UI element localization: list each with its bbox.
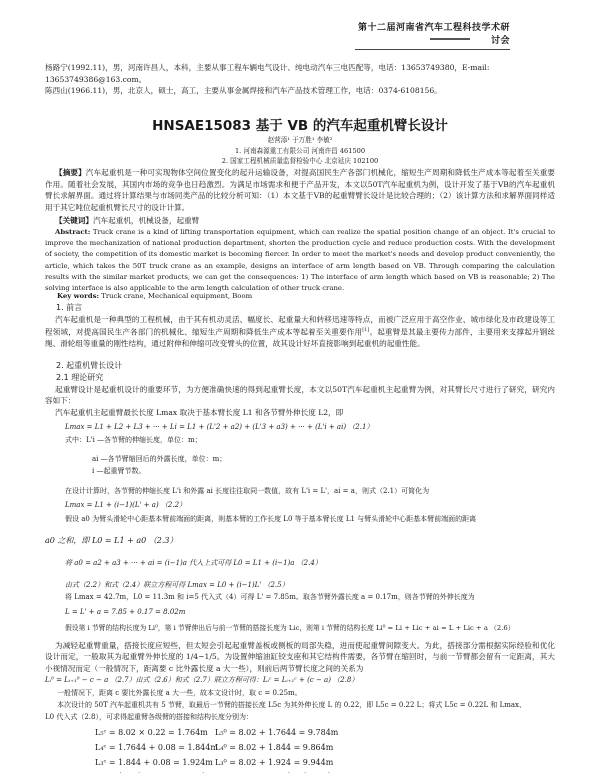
- paper-page: 第十二届河南省汽车工程科技学术研讨会 杨路宁(1992.11)，男，河南许昌人，…: [0, 0, 600, 773]
- author-bio-1: 杨路宁(1992.11)，男，河南许昌人，本科，主要从事工程车辆电气设计、纯电动…: [45, 62, 555, 74]
- equation-2-1: Lmax = L1 + L2 + L3 + ··· + Li = L1 + (L…: [65, 422, 373, 432]
- calc-right-3: L₃⁰ = 8.02 + 1.924 = 9.944m: [215, 758, 333, 767]
- calc-right-2: L₄⁰ = 8.02 + 1.844 = 9.864m: [215, 743, 333, 752]
- assume-text: 假设 a0 为臂头滑轮中心距基本臂前端面的距离，则基本臂的工作长度 L0 等于基…: [65, 514, 476, 524]
- where-label: 式中：L'i —各节臂的伸缩长度，单位：m；: [65, 435, 202, 445]
- conference-header: 第十二届河南省汽车工程科技学术研讨会: [355, 20, 510, 50]
- where-label-text: 式中：: [65, 436, 86, 444]
- section-1-heading: 1. 前言: [56, 302, 82, 313]
- header-divider: [430, 38, 470, 40]
- equation-2-4: 将 a0 = a2 + a3 + ··· + ai = (i−1)a 代入上式可…: [65, 558, 322, 568]
- where-def-1: L'i —各节臂的伸缩长度，单位：m；: [86, 436, 202, 444]
- keywords-en-label: Key words:: [57, 292, 99, 300]
- simplify-text: 在设计计算时，各节臂的伸缩长度 L'i 和外露 ai 长度往往取同一数值，故有 …: [65, 486, 429, 496]
- affiliation-1: 1. 河南森源重工有限公司 河南许昌 461500: [0, 145, 600, 155]
- abstract-cn-text: 汽车起重机是一种可实现物体空间位置变化的起升运输设备，对提高国民生产各部门机械化…: [45, 168, 555, 212]
- section-1-text: 汽车起重机是一种典型的工程机械，由于其有机动灵活、幅度长、起重量大和转移迅速等特…: [45, 314, 555, 350]
- calc-left-1: L₅ᶜ = 8.02 × 0.22 = 1.764m: [95, 728, 208, 737]
- author-bios: 杨路宁(1992.11)，男，河南许昌人，本科，主要从事工程车辆电气设计、纯电动…: [45, 62, 555, 97]
- where-def-3: i —起重臂节数。: [92, 466, 145, 476]
- paper-title: HNSAE15083 基于 VB 的汽车起重机臂长设计: [0, 114, 600, 134]
- equation-2-2: Lmax = L1 + (i−1)(L' + a) （2.2）: [65, 500, 186, 510]
- design-text: 本次设计的 50T 汽车起重机共有 5 节臂，取最后一节臂的搭接长度 L5c 为…: [57, 700, 526, 710]
- section-2-1-para-1: 起重臂设计是起重机设计的重要环节，为方便准确快速的得到起重臂长度，本文以50T汽…: [45, 384, 555, 407]
- abstract-cn-label: 【摘要】: [55, 168, 86, 177]
- equation-2-3: a0 之和，即 L0 = L1 + a0 （2.3）: [45, 535, 177, 546]
- values-text: 将 Lmax = 42.7m，L0 = 11.3m 和 i=5 代入式（4）可得…: [65, 592, 475, 602]
- equation-2-6: 假设第 i 节臂的结构长度为 Li⁰，第 i 节臂伸出后与前一节臂的搭接长度为 …: [65, 622, 515, 632]
- equation-2-7-2-8: Lᵢ⁰ = Lᵢ₊₁⁰ − c − a （2.7）由式（2.6）和式（2.7）联…: [45, 675, 358, 685]
- where-def-2: ai —各节臂缩回后的外露长度，单位：m；: [92, 454, 226, 464]
- abstract-en-text: Truck crane is a kind of lifting transpo…: [45, 228, 555, 292]
- author-bio-2: 陈西山(1966.11)，男，北京人，硕士，高工，主要从事金属焊接和汽车产品技术…: [45, 85, 555, 97]
- equation-L: L = L' + a = 7.85 + 0.17 = 8.02m: [65, 608, 185, 616]
- calc-left-2: L₄ᶜ = 1.7644 + 0.08 = 1.844m: [95, 743, 218, 752]
- abstract-en: Abstract: Truck crane is a kind of lifti…: [45, 227, 555, 294]
- overlap-para: 为减轻起重臂重量，搭接长度应短些，但太短会引起起重臂盖板或侧板的局部失稳，进而使…: [45, 640, 555, 674]
- keywords-cn-text: 汽车起重机，机械设备，起重臂: [93, 216, 199, 225]
- paper-authors: 赵营添¹ 于万胜¹ 李敏²: [0, 134, 600, 144]
- abstract-cn: 【摘要】汽车起重机是一种可实现物体空间位置变化的起升运输设备，对提高国民生产各部…: [45, 167, 555, 213]
- design-text-2: L0 代入式（2.8），可求得起重臂各级臂的搭接和结构长度分别为：: [45, 712, 253, 722]
- keywords-cn: 【关键词】汽车起重机，机械设备，起重臂: [55, 215, 565, 227]
- keywords-cn-label: 【关键词】: [55, 216, 93, 225]
- abstract-en-label: Abstract:: [55, 228, 90, 236]
- calc-right-1: L₅⁰ = 8.02 + 1.7644 = 9.784m: [215, 728, 338, 737]
- equation-2-5: 由式（2.2）和式（2.4）联立方程可得 Lmax = L0 + (i−1)L'…: [65, 580, 289, 590]
- author-bio-1-email: 13653749386@163.com。: [45, 74, 555, 86]
- c-value-text: 一般情况下，距离 c 要比外露长度 a 大一些，故本文设计时，取 c = 0.2…: [57, 688, 302, 698]
- section-2-1-heading: 2.1 理论研究: [56, 372, 103, 383]
- calc-left-3: L₃ᶜ = 1.844 + 0.08 = 1.924m: [95, 758, 213, 767]
- keywords-en-text: Truck crane, Mechanical equipment, Boom: [101, 292, 252, 300]
- section-2-heading: 2. 起重机臂长设计: [56, 360, 122, 371]
- keywords-en: Key words: Truck crane, Mechanical equip…: [57, 291, 567, 303]
- section-2-1-para-2: 汽车起重机主起重臂最长长度 Lmax 取决于基本臂长度 L1 和各节臂外伸长度 …: [45, 407, 555, 418]
- affiliation-2: 2. 国家工程机械质量监督检验中心 北京延庆 102100: [0, 155, 600, 165]
